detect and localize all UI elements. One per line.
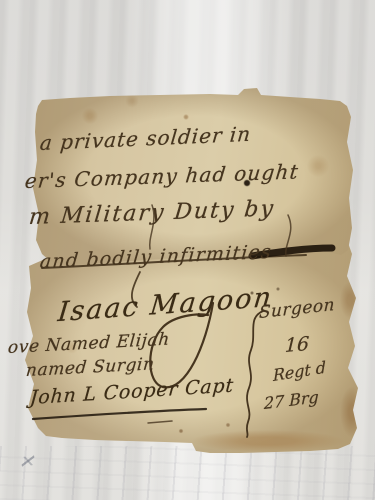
table-surface-lines <box>0 446 375 500</box>
regiment-number: 16 <box>284 333 309 357</box>
antique-document-photo: a private soldier in er's Company had ou… <box>0 0 375 500</box>
